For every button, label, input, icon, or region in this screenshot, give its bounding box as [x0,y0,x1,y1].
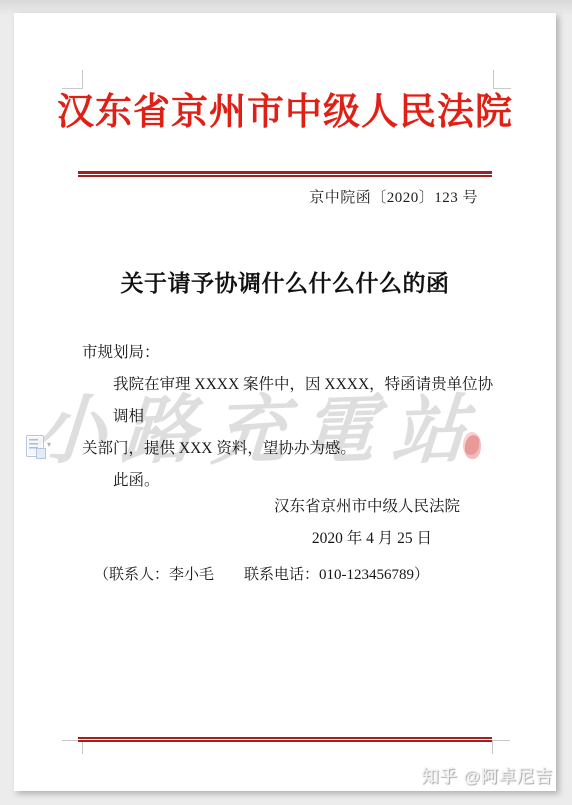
clipboard-icon [26,435,44,457]
letter-body[interactable]: 市规划局： 我院在审理 XXXX 案件中，因 XXXX，特函请贵单位协调相 关部… [82,337,494,497]
signature-organization: 汉东省京州市中级人民法院 [274,494,460,516]
zhihu-watermark: 知乎 @阿卓尼吉 [422,762,553,787]
margin-crop-mark-bottom-right [492,740,510,754]
footer-red-rule [78,737,492,742]
body-paragraph-line: 关部门，提供 XXX 资料，望协办为感。 [82,433,494,465]
app-background: 小 路 充 電 站 汉东省京州市中级人民法院 京中院函〔2020〕123 号 关… [0,0,572,805]
paste-options-button[interactable]: ▾ [26,435,51,457]
letterhead-court-name: 汉东省京州市中级人民法院 [14,87,556,139]
document-number: 京中院函〔2020〕123 号 [309,186,478,207]
closing-line: 此函。 [82,465,494,497]
letterhead-red-rule [78,171,492,177]
margin-crop-mark-bottom-left [62,740,83,754]
salutation-line: 市规划局： [82,337,494,369]
signature-date: 2020 年 4 月 25 日 [312,526,432,548]
document-page[interactable]: 小 路 充 電 站 汉东省京州市中级人民法院 京中院函〔2020〕123 号 关… [14,13,556,791]
chevron-down-icon[interactable]: ▾ [47,440,51,449]
body-paragraph-line: 我院在审理 XXXX 案件中，因 XXXX，特函请贵单位协调相 [82,369,494,433]
document-title: 关于请予协调什么什么什么的函 [14,265,556,298]
contact-line: （联系人：李小毛 联系电话：010-123456789） [94,563,429,584]
